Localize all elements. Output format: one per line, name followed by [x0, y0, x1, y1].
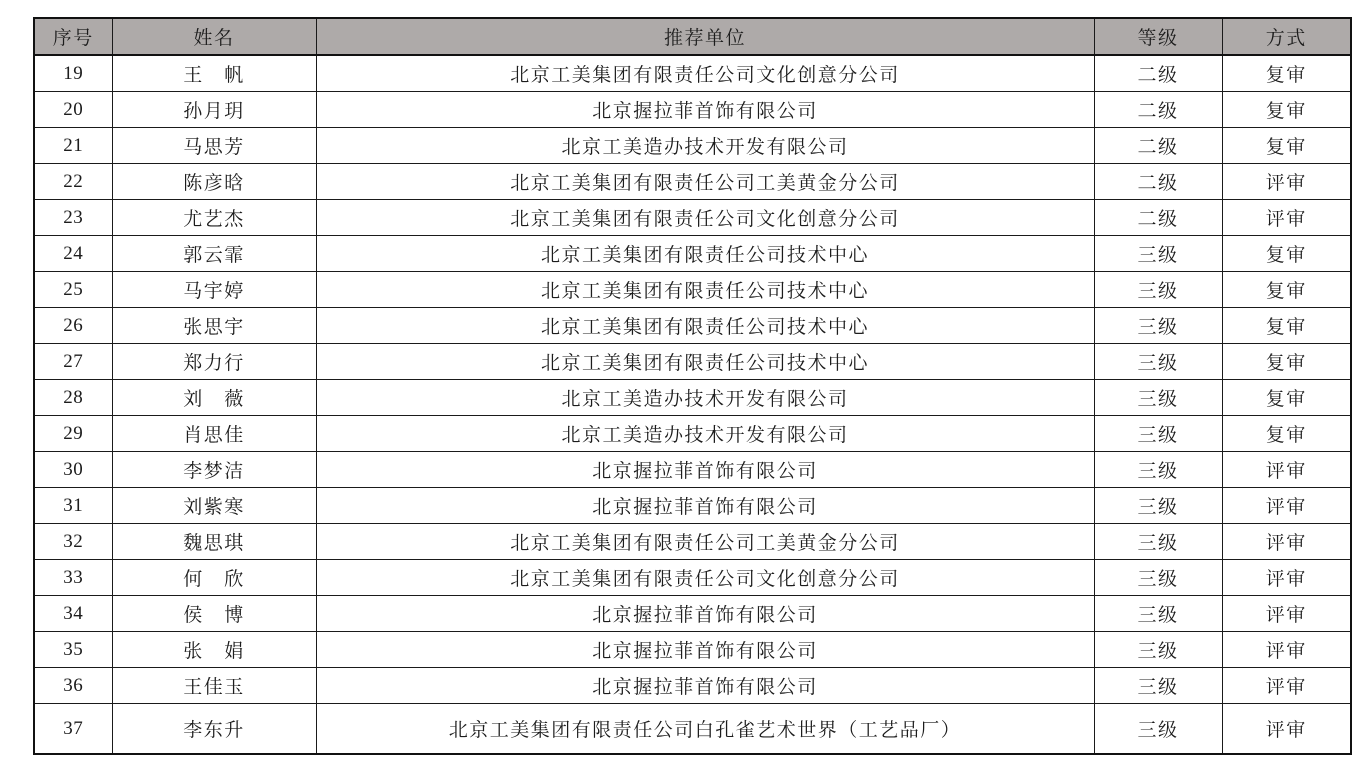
cell-name: 李梦洁 [112, 452, 316, 488]
cell-method: 评审 [1222, 704, 1351, 755]
cell-name: 郭云霏 [112, 236, 316, 272]
cell-level: 三级 [1094, 380, 1222, 416]
cell-index: 35 [34, 632, 112, 668]
column-header-method: 方式 [1222, 18, 1351, 55]
column-header-organization: 推荐单位 [316, 18, 1094, 55]
table-row: 31刘紫寒北京握拉菲首饰有限公司三级评审 [34, 488, 1351, 524]
cell-name: 李东升 [112, 704, 316, 755]
cell-name: 孙月玥 [112, 92, 316, 128]
cell-index: 33 [34, 560, 112, 596]
table-row: 27郑力行北京工美集团有限责任公司技术中心三级复审 [34, 344, 1351, 380]
cell-name: 马宇婷 [112, 272, 316, 308]
cell-index: 24 [34, 236, 112, 272]
cell-organization: 北京握拉菲首饰有限公司 [316, 632, 1094, 668]
table-row: 25马宇婷北京工美集团有限责任公司技术中心三级复审 [34, 272, 1351, 308]
table-row: 33何 欣北京工美集团有限责任公司文化创意分公司三级评审 [34, 560, 1351, 596]
cell-name: 魏思琪 [112, 524, 316, 560]
cell-organization: 北京工美集团有限责任公司技术中心 [316, 272, 1094, 308]
cell-method: 复审 [1222, 272, 1351, 308]
cell-method: 评审 [1222, 668, 1351, 704]
cell-level: 三级 [1094, 524, 1222, 560]
cell-level: 二级 [1094, 92, 1222, 128]
cell-index: 28 [34, 380, 112, 416]
cell-level: 二级 [1094, 128, 1222, 164]
cell-level: 三级 [1094, 308, 1222, 344]
column-header-index: 序号 [34, 18, 112, 55]
cell-name: 何 欣 [112, 560, 316, 596]
cell-organization: 北京工美集团有限责任公司文化创意分公司 [316, 200, 1094, 236]
cell-organization: 北京工美集团有限责任公司白孔雀艺术世界（工艺品厂） [316, 704, 1094, 755]
cell-index: 36 [34, 668, 112, 704]
table-body: 19王 帆北京工美集团有限责任公司文化创意分公司二级复审20孙月玥北京握拉菲首饰… [34, 55, 1351, 754]
cell-method: 复审 [1222, 55, 1351, 92]
cell-name: 郑力行 [112, 344, 316, 380]
cell-level: 三级 [1094, 668, 1222, 704]
cell-level: 二级 [1094, 164, 1222, 200]
review-table: 序号 姓名 推荐单位 等级 方式 19王 帆北京工美集团有限责任公司文化创意分公… [33, 17, 1352, 755]
table-row: 23尤艺杰北京工美集团有限责任公司文化创意分公司二级评审 [34, 200, 1351, 236]
cell-level: 三级 [1094, 632, 1222, 668]
table-row: 35张 娟北京握拉菲首饰有限公司三级评审 [34, 632, 1351, 668]
cell-index: 21 [34, 128, 112, 164]
cell-organization: 北京工美造办技术开发有限公司 [316, 128, 1094, 164]
cell-organization: 北京握拉菲首饰有限公司 [316, 452, 1094, 488]
cell-organization: 北京工美造办技术开发有限公司 [316, 416, 1094, 452]
cell-level: 三级 [1094, 236, 1222, 272]
cell-level: 二级 [1094, 55, 1222, 92]
table-row: 36王佳玉北京握拉菲首饰有限公司三级评审 [34, 668, 1351, 704]
cell-index: 26 [34, 308, 112, 344]
cell-organization: 北京握拉菲首饰有限公司 [316, 488, 1094, 524]
cell-index: 30 [34, 452, 112, 488]
cell-method: 复审 [1222, 236, 1351, 272]
table-row: 29肖思佳北京工美造办技术开发有限公司三级复审 [34, 416, 1351, 452]
cell-organization: 北京握拉菲首饰有限公司 [316, 668, 1094, 704]
cell-organization: 北京握拉菲首饰有限公司 [316, 92, 1094, 128]
cell-organization: 北京工美集团有限责任公司技术中心 [316, 236, 1094, 272]
table-row: 37李东升北京工美集团有限责任公司白孔雀艺术世界（工艺品厂）三级评审 [34, 704, 1351, 755]
cell-organization: 北京工美集团有限责任公司工美黄金分公司 [316, 524, 1094, 560]
cell-level: 三级 [1094, 704, 1222, 755]
cell-index: 23 [34, 200, 112, 236]
cell-organization: 北京工美集团有限责任公司技术中心 [316, 308, 1094, 344]
cell-method: 评审 [1222, 200, 1351, 236]
cell-method: 评审 [1222, 596, 1351, 632]
cell-level: 三级 [1094, 560, 1222, 596]
table-row: 20孙月玥北京握拉菲首饰有限公司二级复审 [34, 92, 1351, 128]
cell-index: 29 [34, 416, 112, 452]
column-header-name: 姓名 [112, 18, 316, 55]
column-header-level: 等级 [1094, 18, 1222, 55]
cell-organization: 北京工美集团有限责任公司工美黄金分公司 [316, 164, 1094, 200]
cell-index: 31 [34, 488, 112, 524]
cell-method: 复审 [1222, 380, 1351, 416]
cell-index: 20 [34, 92, 112, 128]
cell-method: 评审 [1222, 164, 1351, 200]
cell-index: 22 [34, 164, 112, 200]
cell-name: 马思芳 [112, 128, 316, 164]
header-row: 序号 姓名 推荐单位 等级 方式 [34, 18, 1351, 55]
cell-name: 刘紫寒 [112, 488, 316, 524]
cell-organization: 北京工美造办技术开发有限公司 [316, 380, 1094, 416]
cell-name: 王佳玉 [112, 668, 316, 704]
cell-name: 张 娟 [112, 632, 316, 668]
cell-index: 19 [34, 55, 112, 92]
cell-method: 复审 [1222, 416, 1351, 452]
cell-name: 肖思佳 [112, 416, 316, 452]
table-row: 32魏思琪北京工美集团有限责任公司工美黄金分公司三级评审 [34, 524, 1351, 560]
cell-name: 尤艺杰 [112, 200, 316, 236]
cell-organization: 北京握拉菲首饰有限公司 [316, 596, 1094, 632]
cell-method: 复审 [1222, 92, 1351, 128]
cell-index: 27 [34, 344, 112, 380]
cell-level: 三级 [1094, 488, 1222, 524]
document-page: 序号 姓名 推荐单位 等级 方式 19王 帆北京工美集团有限责任公司文化创意分公… [0, 0, 1362, 774]
cell-method: 评审 [1222, 488, 1351, 524]
cell-name: 张思宇 [112, 308, 316, 344]
cell-level: 三级 [1094, 596, 1222, 632]
cell-level: 三级 [1094, 416, 1222, 452]
cell-method: 评审 [1222, 524, 1351, 560]
cell-index: 25 [34, 272, 112, 308]
cell-organization: 北京工美集团有限责任公司文化创意分公司 [316, 55, 1094, 92]
cell-index: 32 [34, 524, 112, 560]
table-row: 26张思宇北京工美集团有限责任公司技术中心三级复审 [34, 308, 1351, 344]
cell-level: 三级 [1094, 452, 1222, 488]
table-row: 30李梦洁北京握拉菲首饰有限公司三级评审 [34, 452, 1351, 488]
table-row: 34侯 博北京握拉菲首饰有限公司三级评审 [34, 596, 1351, 632]
cell-name: 刘 薇 [112, 380, 316, 416]
cell-index: 37 [34, 704, 112, 755]
cell-name: 陈彦晗 [112, 164, 316, 200]
cell-name: 王 帆 [112, 55, 316, 92]
cell-method: 评审 [1222, 452, 1351, 488]
cell-organization: 北京工美集团有限责任公司技术中心 [316, 344, 1094, 380]
cell-method: 复审 [1222, 308, 1351, 344]
cell-organization: 北京工美集团有限责任公司文化创意分公司 [316, 560, 1094, 596]
table-row: 21马思芳北京工美造办技术开发有限公司二级复审 [34, 128, 1351, 164]
cell-level: 二级 [1094, 200, 1222, 236]
table-row: 22陈彦晗北京工美集团有限责任公司工美黄金分公司二级评审 [34, 164, 1351, 200]
table-row: 28刘 薇北京工美造办技术开发有限公司三级复审 [34, 380, 1351, 416]
cell-method: 复审 [1222, 128, 1351, 164]
cell-method: 评审 [1222, 632, 1351, 668]
cell-name: 侯 博 [112, 596, 316, 632]
cell-level: 三级 [1094, 344, 1222, 380]
cell-index: 34 [34, 596, 112, 632]
cell-level: 三级 [1094, 272, 1222, 308]
table-row: 24郭云霏北京工美集团有限责任公司技术中心三级复审 [34, 236, 1351, 272]
table-row: 19王 帆北京工美集团有限责任公司文化创意分公司二级复审 [34, 55, 1351, 92]
cell-method: 复审 [1222, 344, 1351, 380]
cell-method: 评审 [1222, 560, 1351, 596]
